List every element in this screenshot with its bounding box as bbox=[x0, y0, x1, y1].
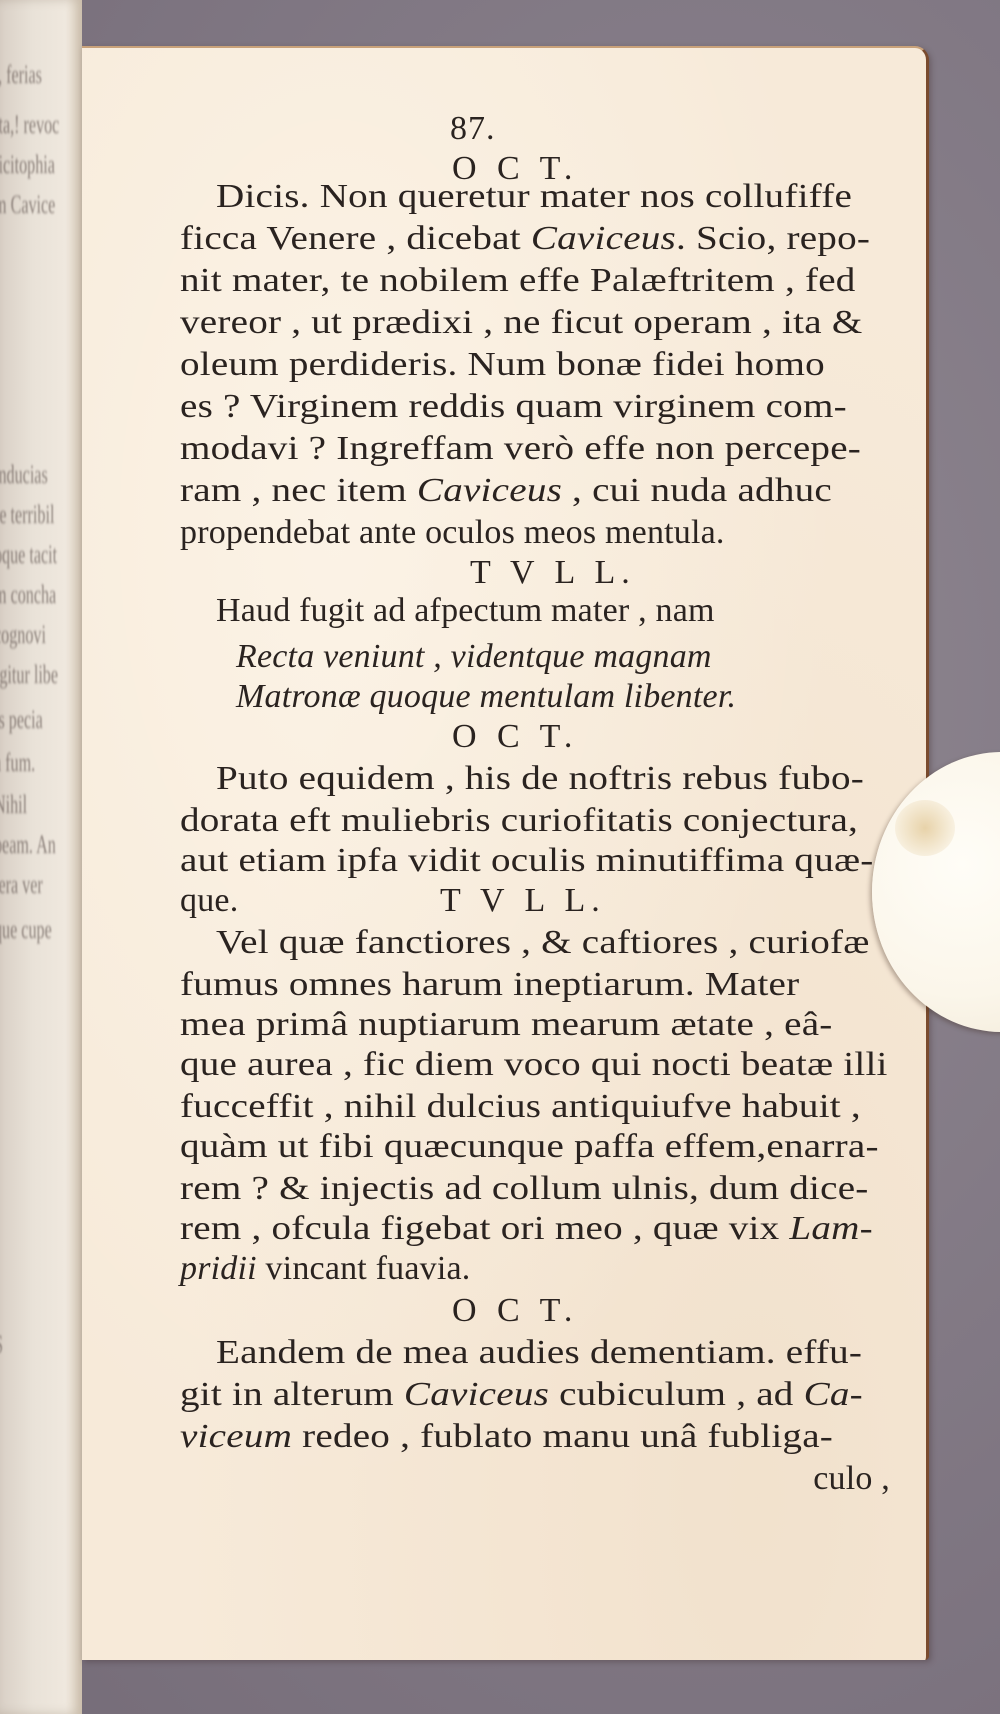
left-page-fragment: re terribil bbox=[0, 500, 54, 530]
roman-text: dorata eft muliebris curiofitatis conjec… bbox=[180, 802, 858, 839]
left-page-fragment: S bbox=[0, 1330, 3, 1360]
roman-text: mea primâ nuptiarum mearum ætate , eâ- bbox=[180, 1006, 833, 1043]
roman-text: fumus omnes harum ineptiarum. Mater bbox=[180, 966, 799, 1003]
text-line: git in alterum Caviceus cubiculum , ad C… bbox=[180, 1376, 863, 1414]
text-line: dorata eft muliebris curiofitatis conjec… bbox=[180, 802, 858, 840]
text-line: es ? Virginem reddis quam virginem com- bbox=[180, 388, 847, 426]
left-page-fragment: a fum. bbox=[0, 748, 35, 778]
roman-text: vereor , ut prædixi , ne ficut operam , … bbox=[180, 304, 862, 341]
left-page-fragment: ., ferias bbox=[0, 60, 42, 90]
text-line: rem ? & injectis ad collum ulnis, dum di… bbox=[180, 1170, 869, 1208]
italic-text: Caviceus bbox=[404, 1376, 549, 1413]
roman-text: cubiculum , ad bbox=[549, 1376, 804, 1413]
text-line: mea primâ nuptiarum mearum ætate , eâ- bbox=[180, 1006, 833, 1044]
roman-text: redeo , fublato manu unâ fubliga- bbox=[292, 1418, 833, 1455]
left-page-fragment: que cupe bbox=[0, 915, 52, 945]
italic-text: Caviceus bbox=[417, 472, 562, 509]
roman-text: . Scio, repo- bbox=[676, 220, 870, 257]
left-page-fragment: ita,! revoc bbox=[0, 110, 59, 140]
roman-text: git in alterum bbox=[180, 1376, 404, 1413]
text-line: vereor , ut prædixi , ne ficut operam , … bbox=[180, 304, 862, 342]
text-line: viceum redeo , fublato manu unâ fubliga- bbox=[180, 1418, 833, 1456]
roman-text: Vel quæ fanctiores , & caftiores , curio… bbox=[216, 924, 870, 961]
italic-text: Lam- bbox=[789, 1210, 872, 1247]
left-page-fragment: m concha bbox=[0, 580, 56, 610]
left-page-fragment: is pecia bbox=[0, 705, 43, 735]
roman-text: Puto equidem , his de noftris rebus fubo… bbox=[216, 760, 864, 797]
roman-text: fucceffit , nihil dulcius antiquiufve ha… bbox=[180, 1088, 861, 1125]
roman-text: que aurea , fic diem voco qui nocti beat… bbox=[180, 1046, 888, 1083]
roman-text: propendebat ante oculos meos mentula. bbox=[180, 514, 725, 551]
roman-text: oleum perdideris. Num bonæ fidei homo bbox=[180, 346, 825, 383]
roman-text: es ? Virginem reddis quam virginem com- bbox=[180, 388, 847, 425]
roman-text: nit mater, te nobilem effe Palæftritem ,… bbox=[180, 262, 856, 299]
text-line: modavi ? Ingreffam verò effe non percepe… bbox=[180, 430, 861, 468]
text-line: Haud fugit ad afpectum mater , nam bbox=[216, 592, 715, 630]
text-line: aut etiam ipfa vidit oculis minutiffima … bbox=[180, 842, 874, 880]
speaker-heading: T V L L. bbox=[470, 554, 636, 592]
roman-text: Dicis. Non queretur mater nos collufiffe bbox=[216, 178, 852, 215]
text-line: Vel quæ fanctiores , & caftiores , curio… bbox=[216, 924, 870, 962]
left-page-fragment: inducias bbox=[0, 460, 48, 490]
page-number: 87. bbox=[450, 110, 496, 148]
italic-text: viceum bbox=[180, 1418, 292, 1455]
speaker-heading: T V L L. bbox=[440, 882, 606, 920]
text-line: Dicis. Non queretur mater nos collufiffe bbox=[216, 178, 852, 216]
left-page-fragment: cognovi bbox=[0, 620, 46, 650]
text-line: quàm ut fibi quæcunque paffa effem,enarr… bbox=[180, 1128, 879, 1166]
roman-text: aut etiam ipfa vidit oculis minutiffima … bbox=[180, 842, 874, 879]
roman-text: ficca Venere , dicebat bbox=[180, 220, 531, 257]
text-line: ram , nec item Caviceus , cui nuda adhuc bbox=[180, 472, 832, 510]
speaker-heading: O C T. bbox=[452, 718, 578, 756]
text-line: que aurea , fic diem voco qui nocti beat… bbox=[180, 1046, 888, 1084]
text-line: Matronæ quoque mentulam libenter. bbox=[236, 678, 736, 716]
text-line: Eandem de mea audies dementiam. effu- bbox=[216, 1334, 862, 1372]
roman-text: ram , nec item bbox=[180, 472, 417, 509]
text-line: Puto equidem , his de noftris rebus fubo… bbox=[216, 760, 864, 798]
roman-text: rem , ofcula figebat ori meo , quæ vix bbox=[180, 1210, 789, 1247]
left-facing-page: ., feriasita,! revoclicitophiam Cavicein… bbox=[0, 0, 82, 1714]
roman-text: Haud fugit ad afpectum mater , nam bbox=[216, 592, 715, 629]
roman-text: quàm ut fibi quæcunque paffa effem,enarr… bbox=[180, 1128, 879, 1165]
left-page-fragment: licitophia bbox=[0, 150, 55, 180]
roman-text: , cui nuda adhuc bbox=[562, 472, 832, 509]
speaker-heading: O C T. bbox=[452, 1292, 578, 1330]
left-page-fragment: oque tacit bbox=[0, 540, 57, 570]
roman-text: que. bbox=[180, 882, 238, 919]
italic-text: pridii bbox=[180, 1250, 257, 1287]
text-line: oleum perdideris. Num bonæ fidei homo bbox=[180, 346, 825, 384]
text-line: culo , bbox=[813, 1460, 890, 1498]
roman-text: rem ? & injectis ad collum ulnis, dum di… bbox=[180, 1170, 869, 1207]
roman-text: modavi ? Ingreffam verò effe non percepe… bbox=[180, 430, 861, 467]
left-page-fragment: beam. An bbox=[0, 830, 56, 860]
italic-text: Recta veniunt , videntque magnam bbox=[236, 638, 712, 675]
text-line: fumus omnes harum ineptiarum. Mater bbox=[180, 966, 799, 1004]
text-line: nit mater, te nobilem effe Palæftritem ,… bbox=[180, 262, 856, 300]
text-line: que. bbox=[180, 882, 238, 920]
italic-text: Ca- bbox=[804, 1376, 863, 1413]
book-page: 87. O C T.Dicis. Non queretur mater nos … bbox=[82, 46, 929, 1660]
text-line: rem , ofcula figebat ori meo , quæ vix L… bbox=[180, 1210, 873, 1248]
roman-text: culo , bbox=[813, 1460, 890, 1497]
bookmark-stain bbox=[895, 800, 955, 856]
text-line: ficca Venere , dicebat Caviceus. Scio, r… bbox=[180, 220, 870, 258]
left-page-fragment: tera ver bbox=[0, 870, 43, 900]
text-line: fucceffit , nihil dulcius antiquiufve ha… bbox=[180, 1088, 861, 1126]
left-page-fragment: Nihil bbox=[0, 790, 27, 820]
roman-text: Eandem de mea audies dementiam. effu- bbox=[216, 1334, 862, 1371]
italic-text: Matronæ quoque mentulam libenter. bbox=[236, 678, 736, 715]
text-line: Recta veniunt , videntque magnam bbox=[236, 638, 712, 676]
italic-text: Caviceus bbox=[531, 220, 676, 257]
left-page-fragment: m Cavice bbox=[0, 190, 55, 220]
text-line: pridii vincant fuavia. bbox=[180, 1250, 471, 1288]
roman-text: vincant fuavia. bbox=[257, 1250, 471, 1287]
left-page-fragment: Igitur libe bbox=[0, 660, 58, 690]
text-line: propendebat ante oculos meos mentula. bbox=[180, 514, 725, 552]
